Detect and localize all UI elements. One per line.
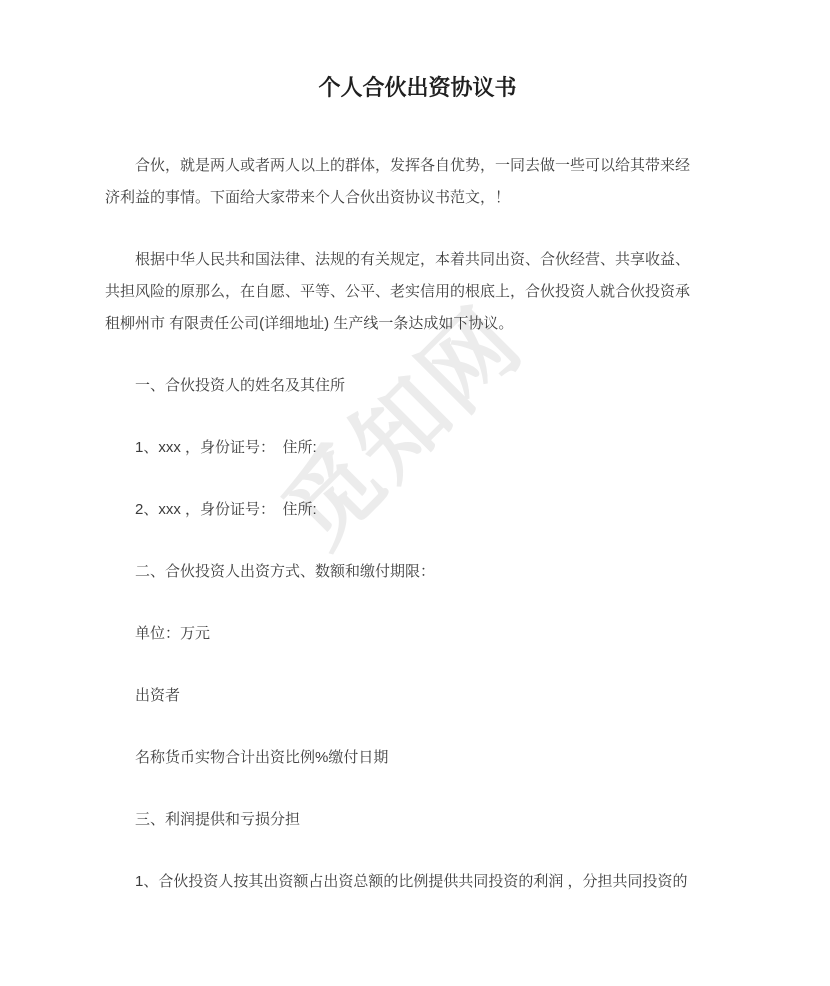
document-line: 合伙，就是两人或者两人以上的群体，发挥各自优势，一同去做一些可以给其带来经 — [105, 150, 730, 182]
document-line: 1、合伙投资人按其出资额占出资总额的比例提供共同投资的利润 ，分担共同投资的 — [105, 866, 730, 898]
document-title: 个人合伙出资协议书 — [105, 74, 730, 102]
document-content: 个人合伙出资协议书 合伙，就是两人或者两人以上的群体，发挥各自优势，一同去做一些… — [0, 0, 830, 898]
document-line: 一、合伙投资人的姓名及其住所 — [105, 370, 730, 402]
document-line: 租柳州市 有限责任公司(详细地址) 生产线一条达成如下协议。 — [105, 308, 730, 340]
document-line: 二、合伙投资人出资方式、数额和缴付期限： — [105, 556, 730, 588]
document-line: 济利益的事情。下面给大家带来个人合伙出资协议书范文，！ — [105, 182, 730, 214]
document-line: 根据中华人民共和国法律、法规的有关规定，本着共同出资、合伙经营、共享收益、 — [105, 244, 730, 276]
document-page: 觅知网 个人合伙出资协议书 合伙，就是两人或者两人以上的群体，发挥各自优势，一同… — [0, 0, 830, 986]
document-line: 名称货币实物合计出资比例%缴付日期 — [105, 742, 730, 774]
document-line: 2、xxx ，身份证号： 住所: — [105, 494, 730, 526]
document-line: 单位：万元 — [105, 618, 730, 650]
document-line: 三、利润提供和亏损分担 — [105, 804, 730, 836]
document-line: 1、xxx ，身份证号： 住所: — [105, 432, 730, 464]
document-line: 共担风险的原那么，在自愿、平等、公平、老实信用的根底上，合伙投资人就合伙投资承 — [105, 276, 730, 308]
document-line: 出资者 — [105, 680, 730, 712]
